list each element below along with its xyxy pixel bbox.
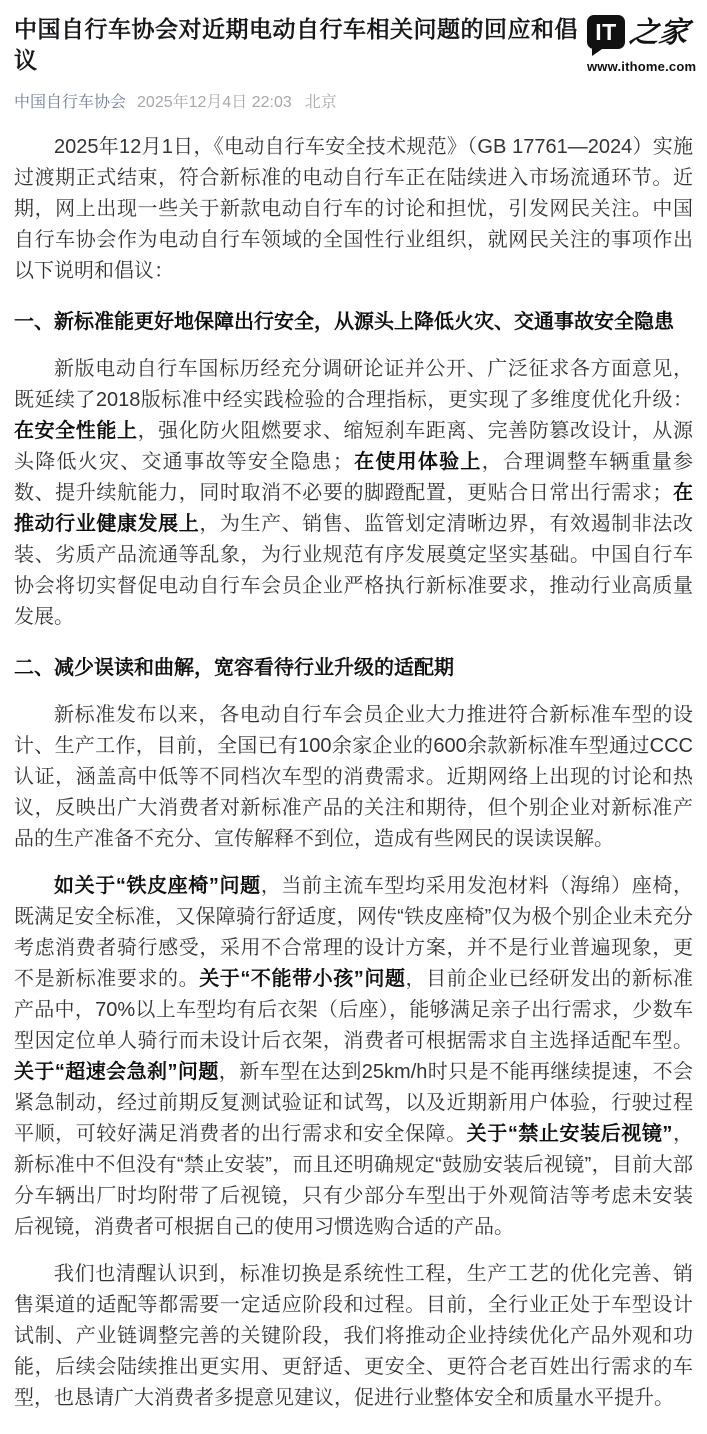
ithome-brand-text: 之家 bbox=[628, 18, 690, 47]
ithome-it-text: IT bbox=[595, 19, 616, 45]
article-paragraph: 我们也清醒认识到，标准切换是系统性工程，生产工艺的优化完善、销售渠道的适配等都需… bbox=[14, 1259, 693, 1414]
bold-text-run: 一、新标准能更好地保障出行安全，从源头上降低火灾、交通事故安全隐患 bbox=[14, 311, 674, 333]
article-page: 中国自行车协会对近期电动自行车相关问题的回应和倡议 中国自行车协会 2025年1… bbox=[0, 0, 707, 1434]
bold-text-run: 关于“超速会急刹”问题 bbox=[14, 1061, 219, 1083]
article-paragraph: 新标准发布以来，各电动自行车会员企业大力推进符合新标准车型的设计、生产工作，目前… bbox=[14, 700, 693, 855]
text-run: 新版电动自行车国标历经充分调研论证并公开、广泛征求各方面意见，既延续了2018版… bbox=[14, 358, 693, 411]
publish-location: 北京 bbox=[305, 89, 337, 112]
section-heading: 一、新标准能更好地保障出行安全，从源头上降低火灾、交通事故安全隐患 bbox=[14, 307, 693, 338]
ithome-url-text: www.ithome.com bbox=[587, 59, 693, 74]
text-run: 我们也清醒认识到，标准切换是系统性工程，生产工艺的优化完善、销售渠道的适配等都需… bbox=[14, 1263, 693, 1409]
article-header: 中国自行车协会对近期电动自行车相关问题的回应和倡议 中国自行车协会 2025年1… bbox=[14, 14, 693, 112]
text-run: 新标准发布以来，各电动自行车会员企业大力推进符合新标准车型的设计、生产工作，目前… bbox=[14, 704, 693, 850]
ithome-speech-tail bbox=[592, 47, 605, 56]
publish-date: 2025年12月4日 22:03 bbox=[137, 89, 292, 112]
article-paragraph: 2025年12月1日，《电动自行车安全技术规范》（GB 17761—2024）实… bbox=[14, 132, 693, 287]
bold-text-run: 二、减少误读和曲解，宽容看待行业升级的适配期 bbox=[14, 657, 454, 679]
bold-text-run: 在使用体验上 bbox=[353, 451, 482, 473]
bold-text-run: 关于“不能带小孩”问题 bbox=[199, 968, 405, 990]
source-link[interactable]: 中国自行车协会 bbox=[14, 89, 126, 112]
bold-text-run: 关于“禁止安装后视镜” bbox=[467, 1123, 673, 1145]
section-heading: 二、减少误读和曲解，宽容看待行业升级的适配期 bbox=[14, 653, 693, 684]
ithome-logo[interactable]: IT 之家 www.ithome.com bbox=[587, 12, 693, 74]
ithome-it-icon: IT bbox=[587, 15, 625, 49]
byline: 中国自行车协会 2025年12月4日 22:03 北京 bbox=[14, 89, 693, 112]
text-run: 2025年12月1日，《电动自行车安全技术规范》（GB 17761—2024）实… bbox=[14, 136, 693, 282]
bold-text-run: 在安全性能上 bbox=[14, 420, 138, 442]
bold-text-run: 如关于“铁皮座椅”问题 bbox=[54, 875, 261, 897]
article-paragraph: 新版电动自行车国标历经充分调研论证并公开、广泛征求各方面意见，既延续了2018版… bbox=[14, 354, 693, 633]
ithome-logo-mark: IT 之家 bbox=[587, 12, 693, 52]
article-paragraph: 如关于“铁皮座椅”问题，当前主流车型均采用发泡材料（海绵）座椅，既满足安全标准，… bbox=[14, 871, 693, 1243]
article-body: 2025年12月1日，《电动自行车安全技术规范》（GB 17761—2024）实… bbox=[14, 132, 693, 1414]
